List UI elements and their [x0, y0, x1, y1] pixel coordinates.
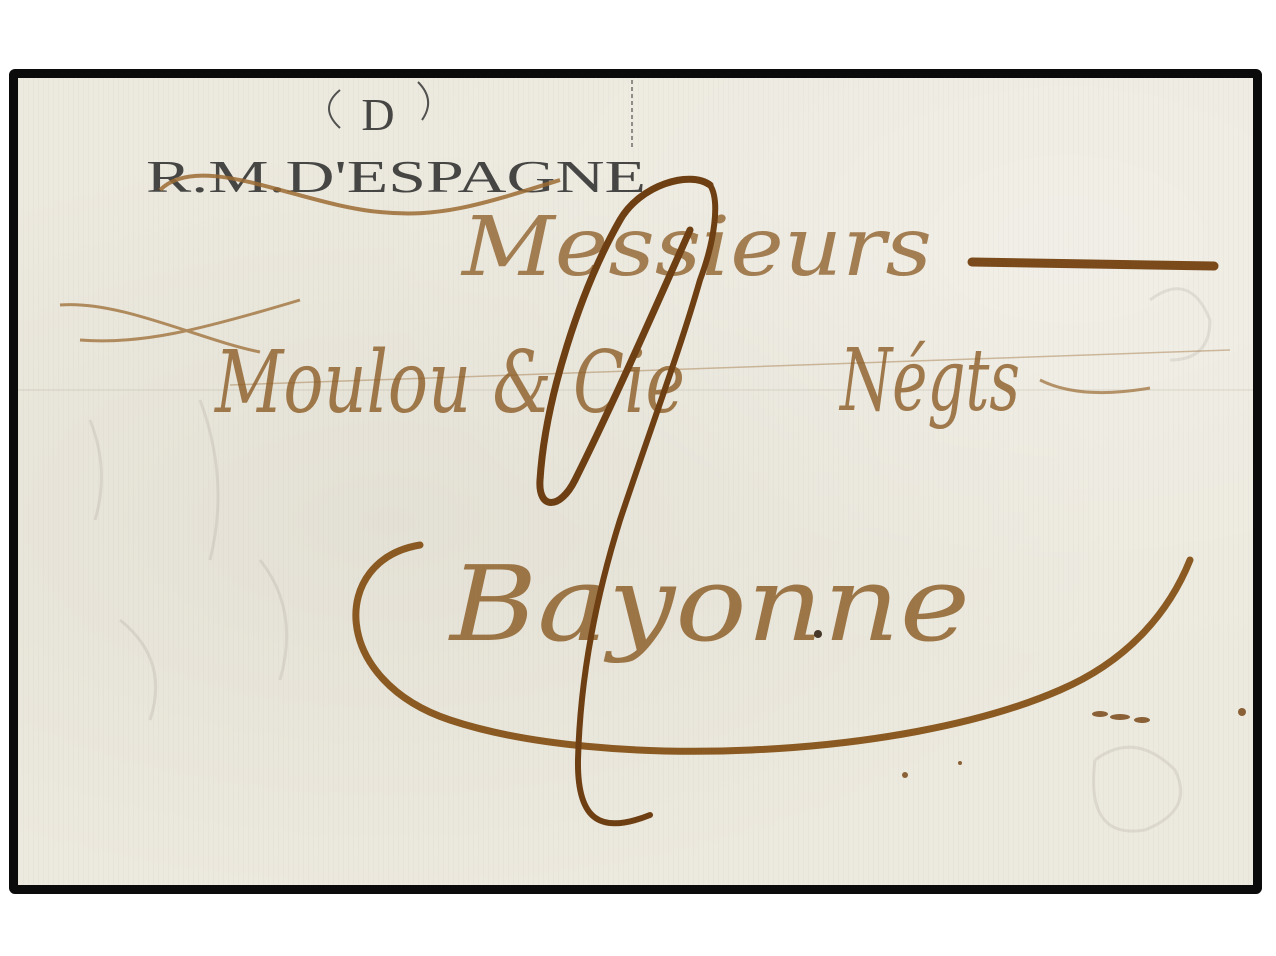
ratemark-value: 9 [0, 0, 1, 1]
postmark-letter: D [361, 89, 394, 140]
address-dash [972, 262, 1214, 266]
postmark-d-circle: D [329, 82, 428, 140]
address-line-1: Messieurs [460, 200, 932, 295]
address-line-2-suffix: Négts [839, 331, 1020, 431]
ink-layer: D R.M.D'ESPAGNE Messieurs Moulou & Cie N… [0, 0, 1276, 956]
address-line-2: Moulou & Cie [213, 333, 685, 433]
address-line-3: Bayonne [448, 543, 970, 665]
stage: D R.M.D'ESPAGNE Messieurs Moulou & Cie N… [0, 0, 1276, 956]
